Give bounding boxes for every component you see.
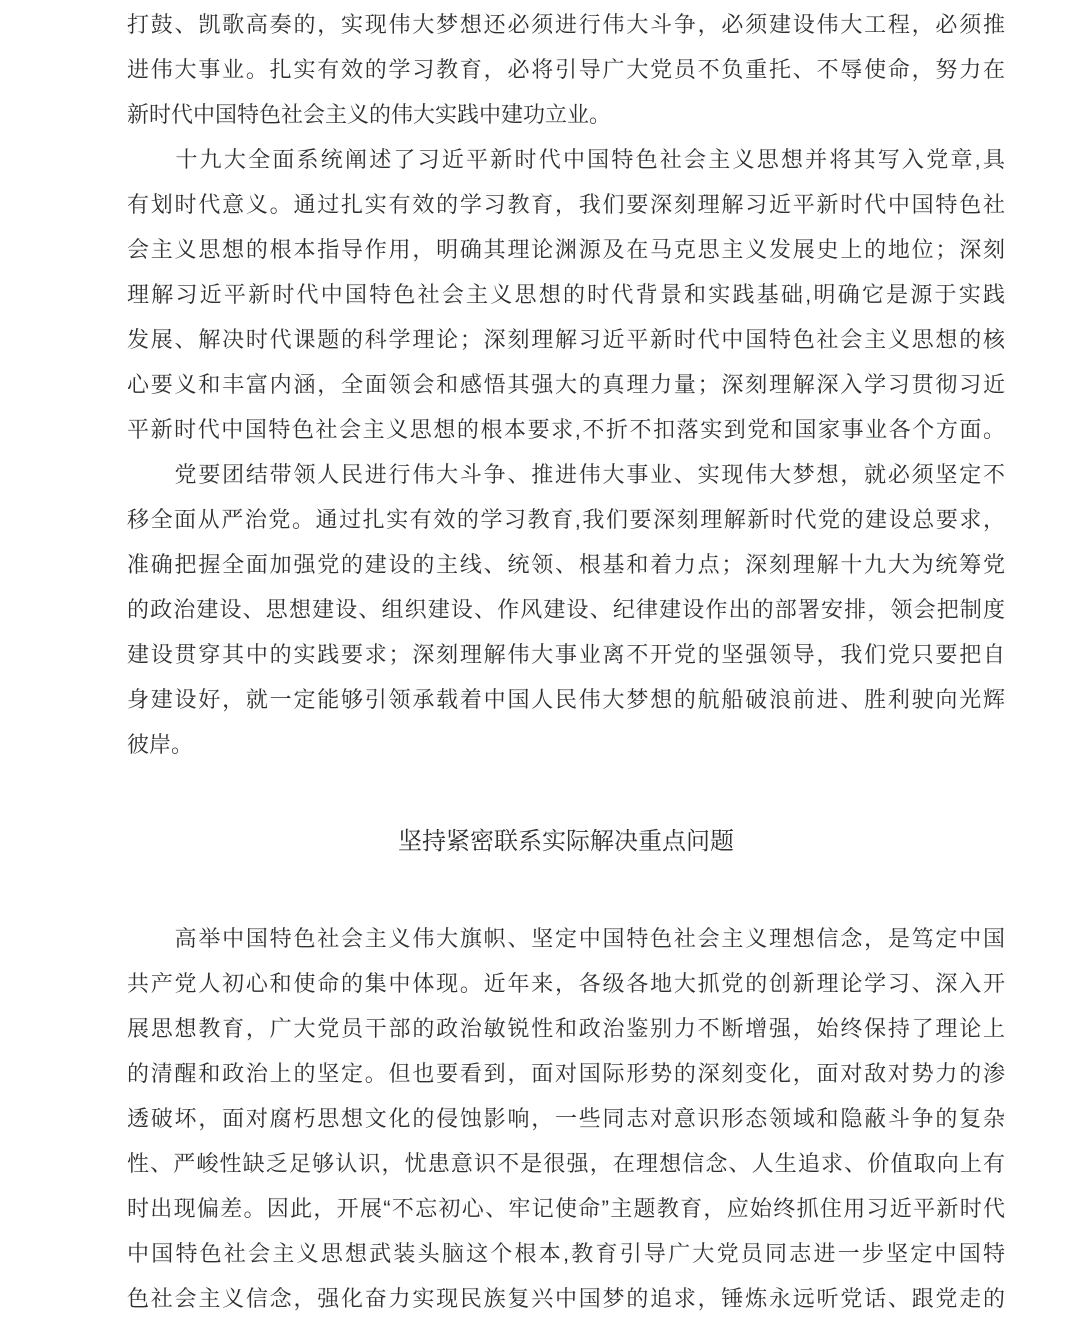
text-line: 高举中国特色社会主义伟大旗帜、坚定中国特色社会主义理想信念，是笃定中国 [127, 916, 1005, 961]
document-page: { "page": { "background_color": "#ffffff… [0, 0, 1080, 1321]
text-line: 展思想教育，广大党员干部的政治敏锐性和政治鉴别力不断增强，始终保持了理论上 [127, 1006, 1005, 1051]
text-line: 性、严峻性缺乏足够认识，忧患意识不是很强，在理想信念、人生追求、价值取向上有 [127, 1141, 1005, 1186]
text-line: 透破坏，面对腐朽思想文化的侵蚀影响，一些同志对意识形态领域和隐蔽斗争的复杂 [127, 1096, 1005, 1141]
text-line: 理解习近平新时代中国特色社会主义思想的时代背景和实践基础,明确它是源于实践 [127, 272, 1005, 317]
text-line: 建设贯穿其中的实践要求；深刻理解伟大事业离不开党的坚强领导，我们党只要把自 [127, 632, 1005, 677]
text-line: 的政治建设、思想建设、组织建设、作风建设、纪律建设作出的部署安排，领会把制度 [127, 587, 1005, 632]
text-line: 准确把握全面加强党的建设的主线、统领、根基和着力点；深刻理解十九大为统筹党 [127, 542, 1005, 587]
text-line: 打鼓、凯歌高奏的，实现伟大梦想还必须进行伟大斗争，必须建设伟大工程，必须推 [127, 2, 1005, 47]
text-line: 身建设好，就一定能够引领承载着中国人民伟大梦想的航船破浪前进、胜利驶向光辉 [127, 677, 1005, 722]
paragraph-1: 打鼓、凯歌高奏的，实现伟大梦想还必须进行伟大斗争，必须建设伟大工程，必须推进伟大… [127, 2, 1005, 137]
text-line: 十九大全面系统阐述了习近平新时代中国特色社会主义思想并将其写入党章,具 [127, 137, 1005, 182]
text-line: 中国特色社会主义思想武装头脑这个根本,教育引导广大党员同志进一步坚定中国特 [127, 1231, 1005, 1276]
text-line: 会主义思想的根本指导作用，明确其理论渊源及在马克思主义发展史上的地位；深刻 [127, 227, 1005, 272]
article-body: 打鼓、凯歌高奏的，实现伟大梦想还必须进行伟大斗争，必须建设伟大工程，必须推进伟大… [0, 0, 1080, 1321]
text-line: 时出现偏差。因此，开展“不忘初心、牢记使命”主题教育，应始终抓住用习近平新时代 [127, 1186, 1005, 1231]
text-line: 共产党人初心和使命的集中体现。近年来，各级各地大抓党的创新理论学习、深入开 [127, 961, 1005, 1006]
text-line: 色社会主义信念，强化奋力实现民族复兴中国梦的追求，锤炼永远听党话、跟党走的 [127, 1276, 1005, 1321]
section-heading: 坚持紧密联系实际解决重点问题 [127, 819, 1005, 864]
text-line: 彼岸。 [127, 722, 1005, 767]
text-line: 有划时代意义。通过扎实有效的学习教育，我们要深刻理解习近平新时代中国特色社 [127, 182, 1005, 227]
paragraph-3: 党要团结带领人民进行伟大斗争、推进伟大事业、实现伟大梦想，就必须坚定不移全面从严… [127, 452, 1005, 767]
text-line: 新时代中国特色社会主义的伟大实践中建功立业。 [127, 92, 1005, 137]
text-line: 党要团结带领人民进行伟大斗争、推进伟大事业、实现伟大梦想，就必须坚定不 [127, 452, 1005, 497]
text-line: 平新时代中国特色社会主义思想的根本要求,不折不扣落实到党和国家事业各个方面。 [127, 407, 1005, 452]
text-line: 进伟大事业。扎实有效的学习教育，必将引导广大党员不负重托、不辱使命，努力在 [127, 47, 1005, 92]
text-line: 心要义和丰富内涵，全面领会和感悟其强大的真理力量；深刻理解深入学习贯彻习近 [127, 362, 1005, 407]
paragraph-2: 十九大全面系统阐述了习近平新时代中国特色社会主义思想并将其写入党章,具有划时代意… [127, 137, 1005, 452]
text-line: 发展、解决时代课题的科学理论；深刻理解习近平新时代中国特色社会主义思想的核 [127, 317, 1005, 362]
text-line: 的清醒和政治上的坚定。但也要看到，面对国际形势的深刻变化，面对敌对势力的渗 [127, 1051, 1005, 1096]
paragraph-4: 高举中国特色社会主义伟大旗帜、坚定中国特色社会主义理想信念，是笃定中国共产党人初… [127, 916, 1005, 1321]
text-line: 移全面从严治党。通过扎实有效的学习教育,我们要深刻理解新时代党的建设总要求， [127, 497, 1005, 542]
